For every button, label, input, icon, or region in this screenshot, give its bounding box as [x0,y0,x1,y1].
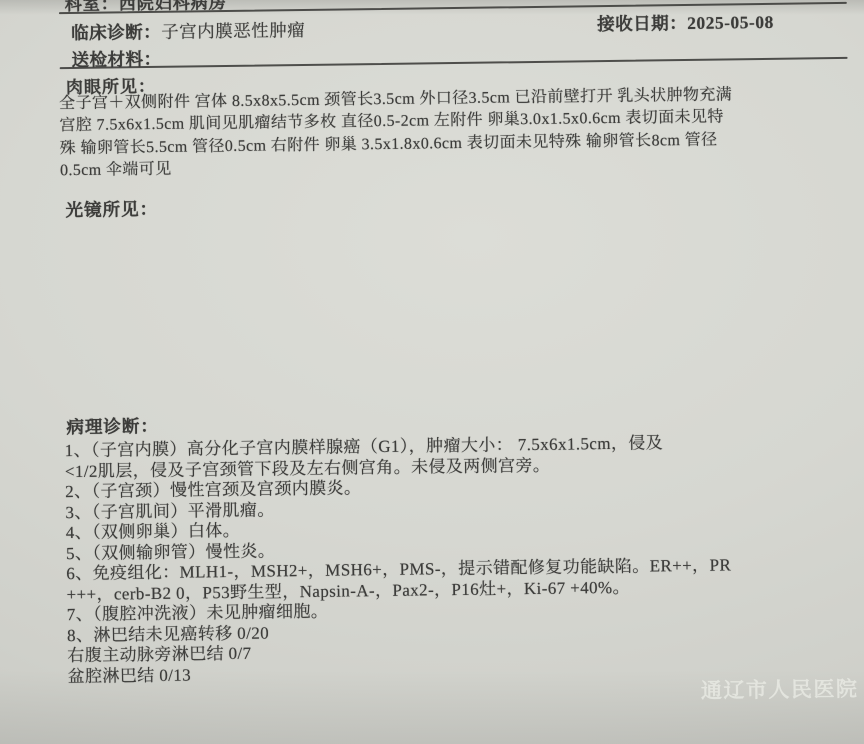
receive-date-label: 接收日期： [597,13,687,34]
report-page: 科室：西院妇科病房 临床诊断：子宫内膜恶性肿瘤 接收日期：2025-05-08 … [0,0,864,744]
pathological-diagnosis-label: 病理诊断： [66,413,159,439]
header-divider-bottom [60,57,848,69]
clinical-diagnosis-line: 临床诊断：子宫内膜恶性肿瘤 [71,17,305,45]
pathology-report-photo: 科室：西院妇科病房 临床诊断：子宫内膜恶性肿瘤 接收日期：2025-05-08 … [0,0,864,744]
hospital-watermark: 通辽市人民医院 [701,673,859,705]
pathological-diagnosis-text: 1、（子宫内膜）高分化子宫内膜样腺癌（G1），肿瘤大小： 7.5x6x1.5cm… [65,431,838,687]
clinical-diagnosis-label: 临床诊断： [71,22,161,43]
gross-findings-text: 全子宫＋双侧附件 宫体 8.5x8x5.5cm 颈管长3.5cm 外口径3.5c… [59,83,820,183]
receive-date-line: 接收日期：2025-05-08 [597,9,774,36]
microscopic-findings-label: 光镜所见： [65,196,158,222]
receive-date-value: 2025-05-08 [687,12,774,33]
clinical-diagnosis-value: 子宫内膜恶性肿瘤 [161,20,305,42]
